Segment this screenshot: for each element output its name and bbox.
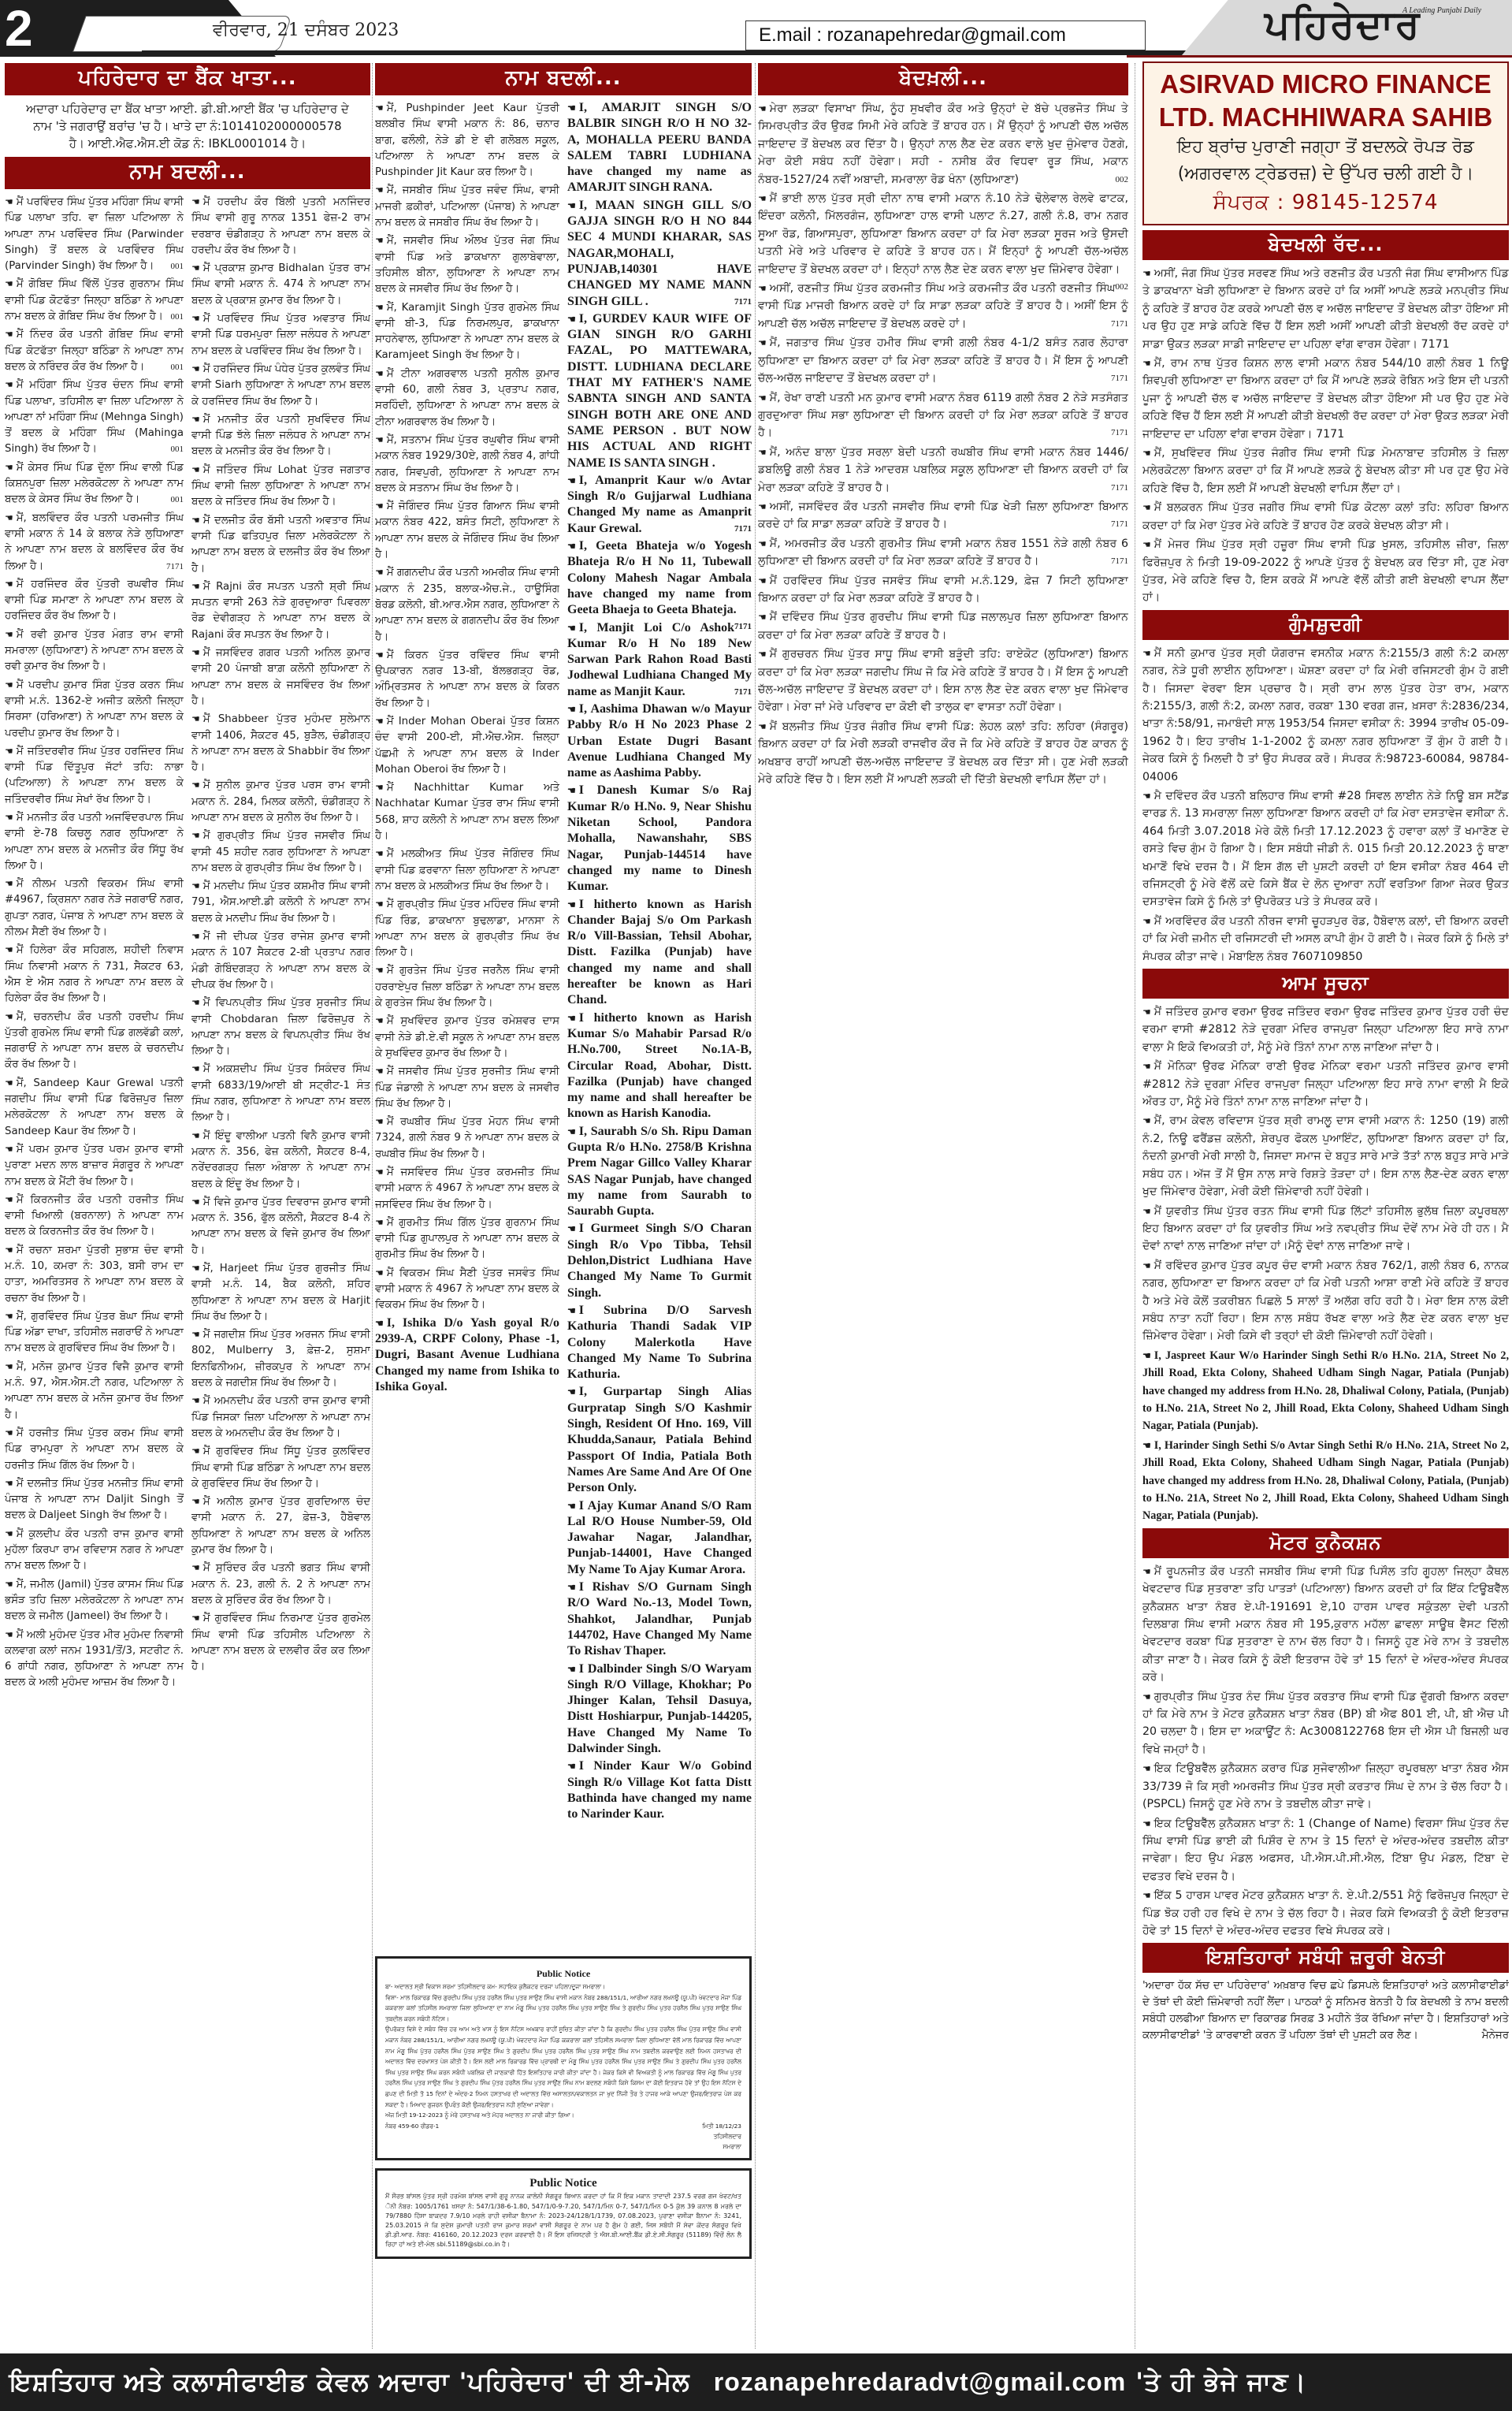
pointing-hand-icon: ☚: [5, 196, 13, 207]
notice-text: ਮੈਂ ਗੁਰਪ੍ਰੀਤ ਸਿੰਘ ਪੁੱਤਰ ਮਹਿੰਦਰ ਸਿੰਘ ਵਾਸੀ…: [375, 899, 559, 958]
pointing-hand-icon: ☚: [375, 1217, 384, 1228]
notice-text: ਮੈਂ ਮੇਜਰ ਸਿੰਘ ਪੁੱਤਰ ਸ੍ਰੀ ਹਜ਼ੂਰਾ ਸਿੰਘ ਵਾਸ…: [1142, 538, 1509, 604]
notice-text: ਅਸੀਂ, ਜਸਵਿੰਦਰ ਕੌਰ ਪਤਨੀ ਜਸਵੀਰ ਸਿੰਘ ਵਾਸੀ ਪ…: [758, 500, 1128, 530]
pointing-hand-icon: ☚: [191, 581, 200, 592]
pointing-hand-icon: ☚: [567, 623, 576, 634]
notice-item: ☚ਇਕ ਟਿਊਬਵੈੱਲ ਕੁਨੈਕਸ਼ਨ ਕਰਾਰ ਪਿੰਡ ਸੁਜੋਵਾਲੀ…: [1142, 1760, 1509, 1813]
pointing-hand-icon: ☚: [758, 393, 767, 404]
notice-text: ਮੈਂ ਵਿਪਨਪ੍ਰੀਤ ਸਿੰਘ ਪੁੱਤਰ ਸੁਰਜੀਤ ਸਿੰਘ ਵਾਸ…: [191, 997, 370, 1057]
notice-text: ਮੈਂ ਰੂਪਨਜੀਤ ਕੌਰ ਪਤਨੀ ਜਸਬੀਰ ਸਿੰਘ ਵਾਸੀ ਪਿੰ…: [1142, 1565, 1509, 1684]
notice-text: ਮੈਂ ਗੁਰਵਿੰਦਰ ਸਿੰਘ ਨਿਰਮਾਣ ਪੁੱਤਰ ਗੁਰਮੇਲ ਸਿ…: [191, 1613, 370, 1672]
pointing-hand-icon: ☚: [375, 782, 384, 793]
advertisement-asirvad[interactable]: ASIRVAD MICRO FINANCE LTD. MACHHIWARA SA…: [1142, 61, 1509, 225]
notice-item: ☚ਮੈਂ, ਗੁਰਵਿੰਦਰ ਸਿੰਘ ਪੁੱਤਰ ਬੋਘਾ ਸਿੰਘ ਵਾਸੀ…: [5, 1308, 184, 1357]
notice-item: ☚ਮੈਂ ਮੇਜਰ ਸਿੰਘ ਪੁੱਤਰ ਸ੍ਰੀ ਹਜ਼ੂਰਾ ਸਿੰਘ ਵਾ…: [1142, 536, 1509, 607]
notice-item: ☚ਮੈਂ ਮਲਕੀਅਤ ਸਿੰਘ ਪੁੱਤਰ ਜੋਗਿੰਦਰ ਸਿੰਘ ਵਾਸੀ…: [375, 846, 559, 895]
newspaper-logo[interactable]: ਪਹਿਰੇਦਾਰ: [1265, 2, 1421, 48]
notice-text: ਮੈਂ ਟੀਨਾ ਅਗਰਵਾਲ ਪਤਨੀ ਸੁਨੀਲ ਕੁਮਾਰ ਵਾਸੀ 60…: [375, 368, 559, 428]
notice-text: ਮੈਂ ਦਵਿੰਦਰ ਸਿੰਘ ਪੁੱਤਰ ਗੁਰਦੀਪ ਸਿੰਘ ਵਾਸੀ ਪ…: [758, 611, 1128, 641]
pointing-hand-icon: ☚: [5, 1011, 13, 1022]
notice-code: 7171: [734, 684, 752, 700]
notice-item: ☚ਮੈਂ ਬਲਜੀਤ ਸਿੰਘ ਪੁੱਤਰ ਜੰਗੀਰ ਸਿੰਘ ਵਾਸੀ ਪਿ…: [758, 718, 1128, 789]
notice-item: ☚ਮੈਂ ਹਰਜੀਤ ਸਿੰਘ ਪੁੱਤਰ ਕਰਮ ਸਿੰਘ ਵਾਸੀ ਪਿੰਡ…: [5, 1425, 184, 1474]
notice-item: ☚I Danesh Kumar S/o Raj Kumar R/o H.No. …: [567, 783, 752, 895]
public-notice-date: ਮਿਤੀ 18/12/23: [702, 2121, 741, 2132]
notice-item: ☚ਮੈਂ Rajni ਕੌਰ ਸਪਤਨ ਪਤਨੀ ਸ਼੍ਰੀ ਸਿੰਘ ਸਪਤਨ…: [191, 579, 370, 643]
notice-text: ਮੈਂ Nachhittar Kumar ਅਤੇ Nachhatar Kumar…: [375, 782, 559, 842]
notice-item: ☚ਮੈਂ ਸੁਰਿੰਦਰ ਕੌਰ ਪਤਨੀ ਭਗਤ ਸਿੰਘ ਵਾਸੀ ਮਕਾਨ…: [191, 1560, 370, 1609]
pointing-hand-icon: ☚: [191, 196, 200, 207]
notice-text: ਮੈਂ ਰਵਿੰਦਰ ਕੁਮਾਰ ਪੁੱਤਰ ਕਪੂਰ ਚੰਦ ਵਾਸੀ ਮਕਾ…: [1142, 1259, 1509, 1343]
notice-item: ☚ਅਸੀਂ, ਜਸਵਿੰਦਰ ਕੌਰ ਪਤਨੀ ਜਸਵੀਰ ਸਿੰਘ ਵਾਸੀ …: [758, 498, 1128, 534]
notice-code: 001: [171, 441, 184, 457]
pointing-hand-icon: ☚: [1142, 916, 1151, 927]
public-notice-body: ਮੈਂ ਸੌਰਭ ਬਾਂਸਲ ਪੁੱਤਰ ਸ੍ਰੀ ਹਰਮੇਸ਼ ਬਾਂਸਲ ਵ…: [385, 2192, 741, 2249]
pointing-hand-icon: ☚: [375, 1166, 384, 1178]
notice-text: I Dalbinder Singh S/O Waryam Singh R/O V…: [567, 1662, 752, 1755]
pointing-hand-icon: ☚: [375, 848, 384, 859]
pointing-hand-icon: ☚: [5, 1361, 13, 1372]
pointing-hand-icon: ☚: [5, 1144, 13, 1155]
pointing-hand-icon: ☚: [5, 746, 13, 757]
notice-item: ☚ਮੈਂ ਪਰਵਿੰਦਰ ਸਿੰਘ ਪੁੱਤਰ ਮਹਿੰਗਾ ਸਿੰਘ ਵਾਸੀ…: [5, 194, 184, 274]
notice-item: ☚I, GURDEV KAUR WIFE OF GIAN SINGH R/O G…: [567, 311, 752, 471]
notice-item: ☚I Rishav S/O Gurnam Singh R/O Ward No.-…: [567, 1579, 752, 1659]
pointing-hand-icon: ☚: [567, 1223, 576, 1234]
notice-text: ਮੈਂ Inder Mohan Oberai ਪੁੱਤਰ ਕਿਸ਼ਨ ਚੰਦ ਵ…: [375, 716, 559, 776]
notice-text: ਮੈਂ ਗੁਰਮੀਤ ਸਿੰਘ ਗਿੱਲ ਪੁੱਤਰ ਗੁਰਨਾਮ ਸਿੰਘ ਵ…: [375, 1217, 559, 1261]
notice-item: ☚ਮੈਂ ਸੁਨੀਲ ਕੁਮਾਰ ਪੁੱਤਰ ਪਰਸ ਰਾਮ ਵਾਸੀ ਮਕਾਨ…: [191, 777, 370, 826]
notice-text: ਮੈਂ ਜਸਵਿੰਦਰ ਸਿੰਘ ਪੁੱਤਰ ਕਰਮਜੀਤ ਸਿੰਘ ਵਾਸੀ …: [375, 1166, 559, 1211]
pointing-hand-icon: ☚: [1142, 791, 1151, 802]
pointing-hand-icon: ☚: [5, 1478, 13, 1489]
notice-item: ☚ਮੈਂ ਜਤਿੰਦਰ ਸਿੰਘ Lohat ਪੁੱਤਰ ਜਗਤਾਰ ਸਿੰਘ …: [191, 462, 370, 511]
column-name-change-2: ਨਾਮ ਬਦਲੀ... ☚ਮੈਂ, Pushpinder Jeet Kaur ਪ…: [375, 60, 752, 2352]
notice-code: 7171: [1111, 315, 1128, 333]
notice-item: ☚I, Amanprit Kaur w/o Avtar Singh R/o Gu…: [567, 473, 752, 537]
notice-text: ਮੈਂ ਅਨੀਲ ਕੁਮਾਰ ਪੁੱਤਰ ਗੁਰਦਿਆਲ ਚੰਦ ਵਾਸੀ ਮਕ…: [191, 1496, 370, 1556]
notice-text: ਮੈਂ ਹਿਲੇਰਾ ਕੌਰ ਸਹਿਗਲ, ਸ਼ਹੀਦੀ ਨਿਵਾਸ ਸਿੰਘ …: [5, 944, 184, 1004]
section-header-eviction-cancel: ਬੇਦਖਲੀ ਰੱਦ...: [1142, 230, 1509, 260]
notice-text: ਮੈਂ ਗੁਰਚਰਨ ਸਿੰਘ ਪੁੱਤਰ ਸਾਧੂ ਸਿੰਘ ਵਾਸੀ ਬੜੂ…: [758, 648, 1128, 713]
pointing-hand-icon: ☚: [191, 1063, 200, 1074]
pointing-hand-icon: ☚: [375, 1116, 384, 1127]
notice-item: ☚ਮੈਂ ਮੋਨਿਕਾ ਉਰਫ ਮੋਨਿਕਾ ਰਾਣੀ ਉਰਫ ਮੋਨਿਕਾ ਵ…: [1142, 1058, 1509, 1111]
pointing-hand-icon: ☚: [567, 785, 576, 796]
notice-item: ☚ਮੈਂ ਰਵਿੰਦਰ ਕੁਮਾਰ ਪੁੱਤਰ ਕਪੂਰ ਚੰਦ ਵਾਸੀ ਮਕ…: [1142, 1257, 1509, 1345]
notice-item: ☚ਇਕ ਟਿਊਬਵੈੱਲ ਕੁਨੈਕਸ਼ਨ ਖਾਤਾ ਨੰ: 1 (Change…: [1142, 1815, 1509, 1886]
notice-item: ☚I Dalbinder Singh S/O Waryam Singh R/O …: [567, 1661, 752, 1758]
notice-item: ☚ਮੈਂ, Harjeet ਸਿੰਘ ਪੁੱਤਰ ਗੁਰਜੀਤ ਸਿੰਘ ਵਾਸ…: [191, 1260, 370, 1325]
notice-item: ☚I Ninder Kaur W/o Gobind Singh R/o Vill…: [567, 1758, 752, 1822]
notice-item: ☚ਮੈਂ ਜਸਵਿੰਦਰ ਗਗਰ ਪਤਨੀ ਅਨਿਲ ਕੁਮਾਰ ਵਾਸੀ 20…: [191, 645, 370, 709]
notice-item: ☚ਮੈਂ, ਅਮਰਜੀਤ ਕੌਰ ਪਤਨੀ ਗੁਰਮੀਤ ਸਿੰਘ ਵਾਸੀ ਮ…: [758, 535, 1128, 571]
public-notice-title: Public Notice: [385, 2177, 741, 2190]
notice-text: ਮੈਂ ਨੀਲਮ ਪਤਨੀ ਵਿਕਰਮ ਸਿੰਘ ਵਾਸੀ #4967, ਕ੍ਰ…: [5, 878, 184, 938]
notice-item: ☚ਮੈਂ ਗੁਰਪ੍ਰੀਤ ਸਿੰਘ ਪੁੱਤਰ ਜਸਵੀਰ ਸਿੰਘ ਵਾਸੀ…: [191, 828, 370, 876]
notice-text: ਮੈਂ ਗੁਰਤੇਜ ਸਿੰਘ ਪੁੱਤਰ ਜਰਨੈਲ ਸਿੰਘ ਵਾਸੀ ਹਰ…: [375, 965, 559, 1009]
footer-banner: ਇਸ਼ਤਿਹਾਰ ਅਤੇ ਕਲਾਸੀਫਾਈਡ ਕੇਵਲ ਅਦਾਰਾ 'ਪਹਿਰੇ…: [0, 2353, 1512, 2411]
notice-text: ਮੈਂ ਪਰਮ ਕੁਮਾਰ ਪੁੱਤਰ ਪਰਮ ਕੁਮਾਰ ਵਾਸੀ ਪੁਰਾਣ…: [5, 1144, 184, 1188]
notice-text: ਮੈਂ ਸੁਖਵਿੰਦਰ ਕੁਮਾਰ ਪੁੱਤਰ ਰਮੇਸ਼ਵਰ ਦਾਸ ਵਾਸ…: [375, 1015, 559, 1059]
notice-item: ☚ਮੈਂ ਜੋਗਿੰਦਰ ਸਿੰਘ ਪੁੱਤਰ ਗਿਆਨ ਸਿੰਘ ਵਾਸੀ ਮ…: [375, 498, 559, 563]
notice-item: ☚I, Gurpartap Singh Alias Gurpratap Sing…: [567, 1384, 752, 1496]
pointing-hand-icon: ☚: [375, 649, 384, 660]
notice-item: ☚ਗੁਰਪ੍ਰੀਤ ਸਿੰਘ ਪੁੱਤਰ ਨੰਦ ਸਿੰਘ ਪੁੱਤਰ ਕਰਤਾ…: [1142, 1688, 1509, 1759]
notice-text: ਮੈਂ, ਰੇਖਾ ਰਾਣੀ ਪਤਨੀ ਮਨ ਕੁਮਾਰ ਵਾਸੀ ਮਕਾਨ ਨ…: [758, 392, 1128, 440]
notice-item: ☚ਮੈਂ ਦਲਜੀਤ ਸਿੰਘ ਪੁੱਤਰ ਮਨਜੀਤ ਸਿੰਘ ਵਾਸੀ ਪੰ…: [5, 1475, 184, 1524]
name-change-list-a: ☚ਮੈਂ ਪਰਵਿੰਦਰ ਸਿੰਘ ਪੁੱਤਰ ਮਹਿੰਗਾ ਸਿੰਘ ਵਾਸੀ…: [5, 194, 184, 1693]
pointing-hand-icon: ☚: [1142, 448, 1151, 459]
bank-account-info: ਅਦਾਰਾ ਪਹਿਰੇਦਾਰ ਦਾ ਬੈਂਕ ਖਾਤਾ ਆਈ. ਡੀ.ਬੀ.ਆਈ…: [5, 100, 370, 152]
notice-code: 001: [171, 359, 184, 375]
ad-phone[interactable]: ਸੰਪਰਕ : 98145-12574: [1149, 188, 1503, 218]
notice-text: ਮੈਂ ਜਸਵਿੰਦਰ ਗਗਰ ਪਤਨੀ ਅਨਿਲ ਕੁਮਾਰ ਵਾਸੀ 20 …: [191, 647, 370, 707]
notice-item: ☚ਮੈਂ ਹਰਵਿੰਦਰ ਸਿੰਘ ਪੁੱਤਰ ਜਸਵੰਤ ਸਿੰਘ ਵਾਸੀ …: [758, 572, 1128, 608]
pointing-hand-icon: ☚: [5, 579, 13, 590]
notice-item: ☚ਮੈਂ ਪ੍ਰਕਾਸ਼ ਕੁਮਾਰ Bidhalan ਪੁੱਤਰ ਰਾਮ ਸਿ…: [191, 260, 370, 309]
eviction-list: ☚ਮੇਰਾ ਲੜਕਾ ਵਿਸਾਖਾ ਸਿੰਘ, ਨੂੰਹ ਸੁਖਵੀਰ ਕੌਰ …: [758, 100, 1128, 788]
missing-list: ☚ਮੈਂ ਸਨੀ ਕੁਮਾਰ ਪੁੱਤਰ ਸ੍ਰੀ ਯੋਗਰਾਜ ਵਸਨੀਕ ਮ…: [1142, 645, 1509, 966]
pointing-hand-icon: ☚: [5, 462, 13, 473]
notice-text: ਮੈਂ, Karamjit Singh ਪੁੱਤਰ ਗੁਰਮੇਲ ਸਿੰਘ ਵਾ…: [375, 302, 559, 362]
pointing-hand-icon: ☚: [1142, 1566, 1151, 1577]
notice-text: I, GURDEV KAUR WIFE OF GIAN SINGH R/O GA…: [567, 312, 752, 470]
notice-text: ਮੈਂ ਕਿਰਨ ਪੁੱਤਰ ਰਵਿੰਦਰ ਸਿੰਘ ਵਾਸੀ ਉਪਕਾਰਨ ਨ…: [375, 649, 559, 709]
pointing-hand-icon: ☚: [567, 200, 576, 211]
pointing-hand-icon: ☚: [758, 649, 767, 660]
pointing-hand-icon: ☚: [5, 944, 13, 955]
motor-connection-list: ☚ਮੈਂ ਰੂਪਨਜੀਤ ਕੌਰ ਪਤਨੀ ਜਸਬੀਰ ਸਿੰਘ ਵਾਸੀ ਪਿ…: [1142, 1563, 1509, 1940]
notice-item: ☚ਮੈਂ ਗਗਨਦੀਪ ਕੌਰ ਪਤਨੀ ਅਮਰੀਕ ਸਿੰਘ ਵਾਸੀ ਮਕਾ…: [375, 564, 559, 645]
pointing-hand-icon: ☚: [567, 102, 576, 113]
pointing-hand-icon: ☚: [375, 965, 384, 976]
pointing-hand-icon: ☚: [375, 1267, 384, 1278]
notice-text: ਮੈਂ ਗੋਬਿਦ ਸਿੰਘ ਵਿੱਲੋਂ ਪੁੱਤਰ ਗੁਰਨਾਮ ਸਿੰਘ …: [5, 278, 184, 322]
pointing-hand-icon: ☚: [191, 1196, 200, 1207]
notice-item: ☚ਮੈਂ ਹਰਦੀਪ ਕੌਰ ਬਿੱਲੀ ਪੁਤਨੀ ਮਨਜਿੰਦਰ ਸਿੰਘ …: [191, 194, 370, 259]
notice-item: ☚I, Jaspreet Kaur W/o Harinder Singh Set…: [1142, 1347, 1509, 1435]
notice-item: ☚ਮੈਂ ਪਰਵਿੰਦਰ ਸਿੰਘ ਪੁੱਤਰ ਅਵਤਾਰ ਸਿੰਘ ਵਾਸੀ …: [191, 311, 370, 359]
pointing-hand-icon: ☚: [1142, 502, 1151, 513]
notice-text: ਮੈਂ ਦਲਜੀਤ ਕੌਰ ਬੱਸੀ ਪਤਨੀ ਅਵਤਾਰ ਸਿੰਘ ਵਾਸੀ …: [191, 515, 370, 575]
notice-text: ਮੈਂ ਜਤਿੰਦਰ ਕੁਮਾਰ ਵਰਮਾ ਉਰਫ ਜਤਿੰਦਰ ਵਰਮਾ ਉਰ…: [1142, 1006, 1509, 1054]
notice-text: ਮੈਂ ਪਰਦੀਪ ਕੁਮਾਰ ਸਿੰਗ ਪੁੱਤਰ ਕਰਨ ਸਿੰਘ ਵਾਸੀ…: [5, 679, 184, 739]
notice-text: I Subrina D/O Sarvesh Kathuria Thandi Sa…: [567, 1304, 752, 1381]
notice-code: 001: [171, 309, 184, 325]
notice-text: ਮੈਂ ਅਲੀ ਮੁਹੰਮਦ ਪੁੱਤਰ ਮੀਰ ਮੁਹੰਮਦ ਨਿਵਾਸੀ ਕ…: [5, 1629, 184, 1689]
pointing-hand-icon: ☚: [758, 447, 767, 458]
notice-text: I hitherto known as Harish Kumar S/o Mah…: [567, 1011, 752, 1121]
notice-item: ☚I hitherto known as Harish Chander Baja…: [567, 897, 752, 1009]
pointing-hand-icon: ☚: [758, 103, 767, 114]
pointing-hand-icon: ☚: [375, 235, 384, 246]
pointing-hand-icon: ☚: [5, 878, 13, 889]
pointing-hand-icon: ☚: [191, 515, 200, 526]
notice-item: ☚ਮੈਂ Nachhittar Kumar ਅਤੇ Nachhatar Kuma…: [375, 779, 559, 844]
pointing-hand-icon: ☚: [191, 880, 200, 891]
notice-text: I, Harinder Singh Sethi S/o Avtar Singh …: [1142, 1439, 1509, 1523]
pointing-hand-icon: ☚: [1142, 1890, 1151, 1901]
pointing-hand-icon: ☚: [5, 1194, 13, 1205]
notice-item: ☚ਮੈਂ ਗੁਰਤੇਜ ਸਿੰਘ ਪੁੱਤਰ ਜਰਨੈਲ ਸਿੰਘ ਵਾਸੀ ਹ…: [375, 962, 559, 1011]
notice-text: ਮੈਂ ਦਲਜੀਤ ਸਿੰਘ ਪੁੱਤਰ ਮਨਜੀਤ ਸਿੰਘ ਵਾਸੀ ਪੰਜ…: [5, 1478, 184, 1522]
pointing-hand-icon: ☚: [375, 368, 384, 379]
notice-text: I Rishav S/O Gurnam Singh R/O Ward No.-1…: [567, 1580, 752, 1658]
notice-text: ਮੈਂ ਜਸਵੀਰ ਸਿੰਘ ਪੁੱਤਰ ਸੁਰਜੀਤ ਸਿੰਘ ਵਾਸੀ ਪਿ…: [375, 1066, 559, 1110]
pointing-hand-icon: ☚: [1142, 1350, 1151, 1361]
pointing-hand-icon: ☚: [5, 812, 13, 823]
notice-item: ☚ਮੈਂ ਗੋਬਿਦ ਸਿੰਘ ਵਿੱਲੋਂ ਪੁੱਤਰ ਗੁਰਨਾਮ ਸਿੰਘ…: [5, 276, 184, 325]
notice-item: ☚ਮੈਂ ਹਰਜਿੰਦਰ ਕੌਰ ਪੁੱਤਰੀ ਰਘਵੀਰ ਸਿੰਘ ਵਾਸੀ …: [5, 576, 184, 625]
notice-code: 7171: [1111, 479, 1128, 497]
public-notice-court: ਬਾ- ਅਦਾਲਤ ਸ੍ਰੀ ਵਿਕਾਸ ਸ਼ਰਮਾ ਤਹਿਸੀਲਦਾਰ ਕਮ-…: [385, 1981, 741, 1992]
notice-text: ਮੈਂ, ਰਾਮ ਕੇਵਲ ਰਵਿਦਾਸ ਪੁੱਤਰ ਸ਼੍ਰੀ ਰਾਮਲੂ ਦ…: [1142, 1114, 1509, 1198]
notice-item: ☚ਮੈਂ ਕੇਸਰ ਸਿੰਘ ਪਿੰਡ ਦੁੱਲਾ ਸਿੰਘ ਵਾਲੀ ਪਿੰਡ…: [5, 460, 184, 508]
notice-item: ☚I, Harinder Singh Sethi S/o Avtar Singh…: [1142, 1437, 1509, 1525]
pointing-hand-icon: ☚: [191, 997, 200, 1008]
notice-text: ਮੈਂ ਕੇਸਰ ਸਿੰਘ ਪਿੰਡ ਦੁੱਲਾ ਸਿੰਘ ਵਾਲੀ ਪਿੰਡ …: [5, 462, 184, 506]
notice-item: ☚ਮੈਂ ਅਲੀ ਮੁਹੰਮਦ ਪੁੱਤਰ ਮੀਰ ਮੁਹੰਮਦ ਨਿਵਾਸੀ …: [5, 1627, 184, 1691]
notice-item: ☚I hitherto known as Harish Kumar S/o Ma…: [567, 1010, 752, 1122]
notice-code: 7171: [734, 521, 752, 537]
notice-item: ☚ਮੈਂ ਅਕਸ਼ਦੀਪ ਸਿੰਘ ਪੁੱਤਰ ਸਿਕੰਦਰ ਸਿੰਘ ਵਾਸੀ…: [191, 1061, 370, 1126]
pointing-hand-icon: ☚: [375, 1066, 384, 1077]
pointing-hand-icon: ☚: [1142, 1006, 1151, 1018]
notice-text: ਮੈਂ ਅਕਸ਼ਦੀਪ ਸਿੰਘ ਪੁੱਤਰ ਸਿਕੰਦਰ ਸਿੰਘ ਵਾਸੀ …: [191, 1063, 370, 1123]
pointing-hand-icon: ☚: [191, 1263, 200, 1274]
notice-item: ☚ਮੈਂ, Karamjit Singh ਪੁੱਤਰ ਗੁਰਮੇਲ ਸਿੰਘ ਵ…: [375, 300, 559, 364]
notice-item: ☚ਮੇਰਾ ਲੜਕਾ ਵਿਸਾਖਾ ਸਿੰਘ, ਨੂੰਹ ਸੁਖਵੀਰ ਕੌਰ …: [758, 100, 1128, 188]
pointing-hand-icon: ☚: [191, 1395, 200, 1406]
pointing-hand-icon: ☚: [5, 1427, 13, 1438]
notice-item: ☚ਮੈਂ ਮਨਦੀਪ ਸਿੰਘ ਪੁੱਤਰ ਕਸ਼ਮੀਰ ਸਿੰਘ ਵਾਸੀ 7…: [191, 878, 370, 927]
pointing-hand-icon: ☚: [375, 434, 384, 445]
notice-item: ☚ਮੈਂ ਜੀ ਦੀਪਕ ਪੁੱਤਰ ਰਾਜੇਸ਼ ਕੁਮਾਰ ਵਾਸੀ ਮਕਾ…: [191, 928, 370, 993]
pointing-hand-icon: ☚: [5, 1528, 13, 1539]
pointing-hand-icon: ☚: [1142, 268, 1151, 279]
notice-item: ☚I, Aashima Dhawan w/o Mayur Pabby R/o H…: [567, 701, 752, 781]
notice-text: ਮੈਂ ਸਨੀ ਕੁਮਾਰ ਪੁੱਤਰ ਸ੍ਰੀ ਯੋਗਰਾਜ ਵਸਨੀਕ ਮਕ…: [1142, 647, 1509, 783]
pointing-hand-icon: ☚: [567, 1761, 576, 1772]
notice-text: ਮੈਂ ਬਲਜੀਤ ਸਿੰਘ ਪੁੱਤਰ ਜੰਗੀਰ ਸਿੰਘ ਵਾਸੀ ਪਿੰ…: [758, 720, 1128, 786]
pointing-hand-icon: ☚: [5, 329, 13, 340]
notice-code: 002: [1116, 278, 1129, 296]
notice-item: ☚ਮੈਂ, ਰਾਮ ਕੇਵਲ ਰਵਿਦਾਸ ਪੁੱਤਰ ਸ਼੍ਰੀ ਰਾਮਲੂ …: [1142, 1112, 1509, 1200]
notice-text: ਮੈਂ ਹਰਜਿੰਦਰ ਸਿੰਘ ਪੰਧੇਰ ਪੁੱਤਰ ਕੁਲਵੰਤ ਸਿੰਘ…: [191, 363, 370, 407]
notice-item: ☚ਮੈਂ ਦਵਿੰਦਰ ਸਿੰਘ ਪੁੱਤਰ ਗੁਰਦੀਪ ਸਿੰਘ ਵਾਸੀ …: [758, 608, 1128, 644]
pointing-hand-icon: ☚: [1142, 358, 1151, 369]
notice-text: ਮੈਂ, ਜਗਤਾਰ ਸਿੰਘ ਪੁੱਤਰ ਹਮੀਰ ਸਿੰਘ ਵਾਸੀ ਗਲੀ…: [758, 337, 1128, 385]
notice-text: ਮੈਂ ਗਗਨਦੀਪ ਕੌਰ ਪਤਨੀ ਅਮਰੀਕ ਸਿੰਘ ਵਾਸੀ ਮਕਾਨ…: [375, 567, 559, 642]
pointing-hand-icon: ☚: [375, 500, 384, 512]
pointing-hand-icon: ☚: [1142, 1206, 1151, 1217]
public-notice-subject: ਵਿਸ਼ਾ- ਮਾਲ ਰਿਕਾਰਡ ਵਿੱਚ ਗੁਰਦੀਪ ਸਿੰਘ ਪੁਤਰ …: [385, 1992, 741, 2025]
notice-text: I, Saurabh S/o Sh. Ripu Daman Gupta R/o …: [567, 1125, 752, 1218]
pointing-hand-icon: ☚: [567, 704, 576, 715]
notice-text: ਮੈਂ ਮਨਜੀਤ ਕੌਰ ਪਤਨੀ ਅਜਵਿੰਦਰਪਾਲ ਸਿੰਘ ਵਾਸੀ …: [5, 812, 184, 872]
notice-text: ਮੈਂ, ਚਰਨਦੀਪ ਕੌਰ ਪਤਨੀ ਹਰਦੀਪ ਸਿੰਘ ਪੁੱਤਰੀ ਗ…: [5, 1011, 184, 1071]
column-bank-and-name-change: ਪਹਿਰੇਦਾਰ ਦਾ ਬੈਂਕ ਖਾਤਾ... ਅਦਾਰਾ ਪਹਿਰੇਦਾਰ …: [5, 60, 370, 2352]
pointing-hand-icon: ☚: [567, 1664, 576, 1675]
notice-text: I, MAAN SINGH GILL S/O GAJJA SINGH R/O H…: [567, 199, 752, 308]
notice-text: I, Amanprit Kaur w/o Avtar Singh R/o Guj…: [567, 474, 752, 535]
general-info-list: ☚ਮੈਂ ਜਤਿੰਦਰ ਕੁਮਾਰ ਵਰਮਾ ਉਰਫ ਜਤਿੰਦਰ ਵਰਮਾ ਉ…: [1142, 1003, 1509, 1525]
pointing-hand-icon: ☚: [1142, 1115, 1151, 1126]
notice-text: ਮੈਂ ਜਤਿੰਦਰਵੀਰ ਸਿੰਘ ਪੁੱਤਰ ਹਰਜਿੰਦਰ ਸਿੰਘ ਵਾ…: [5, 746, 184, 806]
notice-text: ਮੈਂ ਮਨਜੀਤ ਕੌਰ ਪਤਨੀ ਸੁਖਵਿੰਦਰ ਸਿੰਘ ਵਾਸੀ ਪਿ…: [191, 414, 370, 458]
notice-item: ☚ਮੈਂ ਰੂਪਨਜੀਤ ਕੌਰ ਪਤਨੀ ਜਸਬੀਰ ਸਿੰਘ ਵਾਸੀ ਪਿ…: [1142, 1563, 1509, 1687]
notice-item: ☚ਮੈ ਦਵਿੰਦਰ ਕੌਰ ਪਤਨੀ ਬਲਿਹਾਰ ਸਿੰਘ ਵਾਸੀ #28…: [1142, 787, 1509, 911]
notice-text: ਮੈਂ ਵਿਕਰਮ ਸਿੰਘ ਸੈਣੀ ਪੁੱਤਰ ਜਸਵੰਤ ਸਿੰਘ ਵਾਸ…: [375, 1267, 559, 1312]
eviction-cancel-list: ☚ਅਸੀਂ, ਜੰਗ ਸਿੰਘ ਪੁੱਤਰ ਸਰਵਣ ਸਿੰਘ ਅਤੇ ਰਣਜੀ…: [1142, 265, 1509, 607]
pointing-hand-icon: ☚: [5, 1245, 13, 1256]
notice-text: ਮੈਂ, ਮਨੋਜ ਕੁਮਾਰ ਪੁੱਤਰ ਵਿਜੈ ਕੁਮਾਰ ਵਾਸੀ ਮ.…: [5, 1361, 184, 1421]
pointing-hand-icon: ☚: [5, 512, 13, 523]
section-header-name-change: ਨਾਮ ਬਦਲੀ...: [5, 157, 370, 189]
logo-tagline: A Leading Punjabi Daily: [1402, 6, 1481, 15]
notice-text: ਮੈਂ ਕੁਲਦੀਪ ਕੌਰ ਪਤਨੀ ਰਾਜ ਕੁਮਾਰ ਵਾਸੀ ਮੁਹੱਲ…: [5, 1528, 184, 1572]
notice-text: ਮੈਂ ਜੀ ਦੀਪਕ ਪੁੱਤਰ ਰਾਜੇਸ਼ ਕੁਮਾਰ ਵਾਸੀ ਮਕਾਨ…: [191, 931, 370, 991]
name-change-punjabi-list: ☚ਮੈਂ, Pushpinder Jeet Kaur ਪੁੱਤਰੀ ਬਲਬੀਰ …: [375, 100, 559, 1948]
pointing-hand-icon: ☚: [191, 414, 200, 425]
column-eviction: ਬੇਦਖ਼ਲੀ... ☚ਮੇਰਾ ਲੜਕਾ ਵਿਸਾਖਾ ਸਿੰਘ, ਨੂੰਹ …: [758, 60, 1128, 2352]
notice-item: ☚ਮੈਂ, ਮਨੋਜ ਕੁਮਾਰ ਪੁੱਤਰ ਵਿਜੈ ਕੁਮਾਰ ਵਾਸੀ ਮ…: [5, 1359, 184, 1423]
notice-item: ☚ਮੈਂ ਮਨਜੀਤ ਕੌਰ ਪਤਨੀ ਸੁਖਵਿੰਦਰ ਸਿੰਘ ਵਾਸੀ ਪ…: [191, 411, 370, 460]
pointing-hand-icon: ☚: [191, 713, 200, 724]
notice-item: ☚ਮੈਂ ਗੁਰਵਿੰਦਰ ਸਿੰਘ ਨਿਰਮਾਣ ਪੁੱਤਰ ਗੁਰਮੇਲ ਸ…: [191, 1610, 370, 1675]
notice-item: ☚ਮੈਂ ਪਰਮ ਕੁਮਾਰ ਪੁੱਤਰ ਪਰਮ ਕੁਮਾਰ ਵਾਸੀ ਪੁਰਾ…: [5, 1141, 184, 1190]
section-header-missing: ਗੁੰਮਸ਼ੁਦਗੀ: [1142, 610, 1509, 640]
pointing-hand-icon: ☚: [1142, 1260, 1151, 1271]
notice-item: ☚ਮੈਂ ਇੰਦੂ ਵਾਲੀਆ ਪਤਨੀ ਵਿਨੈ ਕੁਮਾਰ ਵਾਸੀ ਮਕਾ…: [191, 1128, 370, 1192]
notice-item: ☚ਮੈਂ ਸਨੀ ਕੁਮਾਰ ਪੁੱਤਰ ਸ੍ਰੀ ਯੋਗਰਾਜ ਵਸਨੀਕ ਮ…: [1142, 645, 1509, 786]
pointing-hand-icon: ☚: [758, 283, 767, 294]
notice-text: ਮੈਂ ਭਾਈ ਲਾਲ ਪੁੱਤਰ ਸ੍ਰੀ ਦੀਨਾ ਨਾਥ ਵਾਸੀ ਮਕਾ…: [758, 192, 1128, 276]
column-notices: ASIRVAD MICRO FINANCE LTD. MACHHIWARA SA…: [1142, 60, 1509, 2352]
pointing-hand-icon: ☚: [5, 679, 13, 690]
notice-text: ਮੈਂ ਹਰਜੀਤ ਸਿੰਘ ਪੁੱਤਰ ਕਰਮ ਸਿੰਘ ਵਾਸੀ ਪਿੰਡ …: [5, 1427, 184, 1472]
notice-text: ਗੁਰਪ੍ਰੀਤ ਸਿੰਘ ਪੁੱਤਰ ਨੰਦ ਸਿੰਘ ਪੁੱਤਰ ਕਰਤਾਰ…: [1142, 1691, 1509, 1756]
notice-item: ☚ਮੈਂ ਬਲਕਰਨ ਸਿੰਘ ਪੁੱਤਰ ਜਗੀਰ ਸਿੰਘ ਵਾਸੀ ਪਿੰ…: [1142, 499, 1509, 534]
notice-item: ☚ਮੈਂ ਜਸਵੀਰ ਸਿੰਘ ਪੁੱਤਰ ਸੁਰਜੀਤ ਸਿੰਘ ਵਾਸੀ ਪ…: [375, 1063, 559, 1112]
notice-text: ਮੈਂ ਮਹਿੰਗਾ ਸਿੰਘ ਪੁੱਤਰ ਚੰਦਨ ਸਿੰਘ ਵਾਸੀ ਪਿੰ…: [5, 379, 184, 455]
section-header-disclaimer: ਇਸ਼ਤਿਹਾਰਾਂ ਸਬੰਧੀ ਜ਼ਰੂਰੀ ਬੇਨਤੀ: [1142, 1943, 1509, 1973]
notice-text: ਮੈਂ ਅਮਨਦੀਪ ਕੌਰ ਪਤਨੀ ਰਾਜ ਕੁਮਾਰ ਵਾਸੀ ਪਿੰਡ …: [191, 1395, 370, 1439]
notice-item: ☚ਇੱਕ 5 ਹਾਰਸ ਪਾਵਰ ਮੋਟਰ ਕੁਨੈਕਸ਼ਨ ਖਾਤਾ ਨੰ. …: [1142, 1887, 1509, 1940]
notice-item: ☚ਮੈਂ ਰਘਬੀਰ ਸਿੰਘ ਪੁੱਤਰ ਮੋਹਨ ਸਿੰਘ ਵਾਸੀ 732…: [375, 1114, 559, 1163]
pointing-hand-icon: ☚: [5, 1629, 13, 1640]
notice-text: ਮੈਂ ਰਚਨਾ ਸ਼ਰਮਾ ਪੁੱਤਰੀ ਸੁਭਾਸ਼ ਚੰਦ ਵਾਸੀ ਮ.…: [5, 1245, 184, 1304]
notice-text: I Ajay Kumar Anand S/O Ram Lal R/O House…: [567, 1499, 752, 1576]
notice-item: ☚ਮੈਂ ਨਿੰਦਰ ਕੌਰ ਪਤਨੀ ਗੋਬਿਦ ਸਿੰਘ ਵਾਸੀ ਪਿੰਡ…: [5, 326, 184, 375]
notice-text: ਮੈਂ ਪ੍ਰਕਾਸ਼ ਕੁਮਾਰ Bidhalan ਪੁੱਤਰ ਰਾਮ ਸਿੰ…: [191, 262, 370, 307]
notice-text: I, Geeta Bhateja w/o Yogesh Bhateja R/o …: [567, 539, 752, 616]
public-notice-lost-deed: Public Notice ਮੈਂ ਸੌਰਭ ਬਾਂਸਲ ਪੁੱਤਰ ਸ੍ਰੀ …: [375, 2168, 752, 2258]
pointing-hand-icon: ☚: [5, 1579, 13, 1590]
pointing-hand-icon: ☚: [191, 262, 200, 273]
notice-item: ☚ਮੈਂ ਸੁਖਵਿੰਦਰ ਕੁਮਾਰ ਪੁੱਤਰ ਰਮੇਸ਼ਵਰ ਦਾਸ ਵਾ…: [375, 1013, 559, 1062]
notice-text: I Gurmeet Singh S/O Charan Singh R/o Vpo…: [567, 1222, 752, 1299]
notice-text: ਇਕ ਟਿਊਬਵੈੱਲ ਕੁਨੈਕਸ਼ਨ ਕਰਾਰ ਪਿੰਡ ਸੁਜੋਵਾਲੀਆ…: [1142, 1762, 1509, 1810]
ad-body-line: ਇਹ ਬ੍ਰਾਂਚ ਪੁਰਾਣੀ ਜਗ੍ਹਾ ਤੋਂ ਬਦਲਕੇ ਰੋਪੜ ਰੋ…: [1149, 134, 1503, 161]
notice-text: ਮੈਂ ਇੰਦੂ ਵਾਲੀਆ ਪਤਨੀ ਵਿਨੈ ਕੁਮਾਰ ਵਾਸੀ ਮਕਾਨ…: [191, 1130, 370, 1190]
pointing-hand-icon: ☚: [567, 314, 576, 325]
pointing-hand-icon: ☚: [5, 629, 13, 640]
notice-item: ☚ਮੈਂ, ਸਤਨਾਮ ਸਿੰਘ ਪੁੱਤਰ ਰਘੁਵੀਰ ਸਿੰਘ ਵਾਸੀ …: [375, 432, 559, 497]
notice-text: I, Aashima Dhawan w/o Mayur Pabby R/o H …: [567, 702, 752, 779]
notice-text: ਇਕ ਟਿਊਬਵੈੱਲ ਕੁਨੈਕਸ਼ਨ ਖਾਤਾ ਨੰ: 1 (Change …: [1142, 1818, 1509, 1883]
pointing-hand-icon: ☚: [191, 779, 200, 791]
notice-text: ਮੈਂ ਗੁਰਵਿੰਦਰ ਸਿੰਘ ਸਿੱਧੂ ਪੁੱਤਰ ਕੁਲਵਿੰਦਰ ਸ…: [191, 1445, 370, 1490]
notice-item: ☚I, Saurabh S/o Sh. Ripu Daman Gupta R/o…: [567, 1124, 752, 1220]
notice-text: ਮੈਂ, ਸਤਨਾਮ ਸਿੰਘ ਪੁੱਤਰ ਰਘੁਵੀਰ ਸਿੰਘ ਵਾਸੀ ਮ…: [375, 434, 559, 494]
section-header-eviction: ਬੇਦਖ਼ਲੀ...: [758, 63, 1128, 95]
pointing-hand-icon: ☚: [5, 1311, 13, 1322]
pointing-hand-icon: ☚: [375, 899, 384, 910]
notice-text: ਮੈਂ, Pushpinder Jeet Kaur ਪੁੱਤਰੀ ਬਲਬੀਰ ਸ…: [375, 102, 559, 178]
notice-item: ☚ਮੈਂ ਭਾਈ ਲਾਲ ਪੁੱਤਰ ਸ੍ਰੀ ਦੀਨਾ ਨਾਥ ਵਾਸੀ ਮਕ…: [758, 190, 1128, 278]
pointing-hand-icon: ☚: [1142, 1691, 1151, 1702]
notice-item: ☚ਮੈਂ, Pushpinder Jeet Kaur ਪੁੱਤਰੀ ਬਲਬੀਰ …: [375, 100, 559, 180]
notice-text: ਮੈਂ ਗੁਰਪ੍ਰੀਤ ਸਿੰਘ ਪੁੱਤਰ ਜਸਵੀਰ ਸਿੰਘ ਵਾਸੀ …: [191, 830, 370, 874]
notice-code: 7171: [734, 294, 752, 310]
notice-text: ਮੈਂ ਯੁਵਰੀਤ ਸਿੰਘ ਪੁੱਤਰ ਰਤਨ ਸਿੰਘ ਵਾਸੀ ਪਿੰਡ…: [1142, 1205, 1509, 1253]
notice-item: ☚ਮੈਂ ਕਿਰਨਜੀਤ ਕੌਰ ਪਤਨੀ ਹਰਜੀਤ ਸਿੰਘ ਵਾਸੀ ਖਿ…: [5, 1192, 184, 1241]
pointing-hand-icon: ☚: [1142, 648, 1151, 659]
notice-text: ਮੈਂ ਜਗਦੀਸ਼ ਸਿੰਘ ਪੁੱਤਰ ਅਰਜਨ ਸਿੰਘ ਵਾਸੀ 802…: [191, 1329, 370, 1389]
notice-text: ਮੈਂ, ਜਮੀਲ (Jamil) ਪੁੱਤਰ ਕਾਸਮ ਸਿੰਘ ਪਿੰਡ ਭ…: [5, 1579, 184, 1623]
column-divider: [1135, 63, 1135, 2349]
notice-code: 002: [1116, 171, 1129, 188]
notice-text: ਮੈਂ ਰਵੀ ਕੁਮਾਰ ਪੁੱਤਰ ਮੰਗਤ ਰਾਮ ਵਾਸੀ ਸਮਰਾਲਾ…: [5, 629, 184, 673]
pointing-hand-icon: ☚: [191, 1562, 200, 1573]
notice-item: ☚ਮੈਂ ਦਲਜੀਤ ਕੌਰ ਬੱਸੀ ਪਤਨੀ ਅਵਤਾਰ ਸਿੰਘ ਵਾਸੀ…: [191, 512, 370, 577]
notice-item: ☚ਮੈਂ ਰਚਨਾ ਸ਼ਰਮਾ ਪੁੱਤਰੀ ਸੁਭਾਸ਼ ਚੰਦ ਵਾਸੀ ਮ…: [5, 1242, 184, 1307]
section-header-bank: ਪਹਿਰੇਦਾਰ ਦਾ ਬੈਂਕ ਖਾਤਾ...: [5, 63, 370, 95]
notice-text: ਮੈਂ ਜਤਿੰਦਰ ਸਿੰਘ Lohat ਪੁੱਤਰ ਜਗਤਾਰ ਸਿੰਘ ਵ…: [191, 464, 370, 508]
notice-text: ਮੈਂ ਵਿਜੇ ਕੁਮਾਰ ਪੁੱਤਰ ਦਿਵਰਾਜ ਕੁਮਾਰ ਵਾਸੀ ਮ…: [191, 1196, 370, 1256]
notice-item: ☚ਮੈਂ ਯੁਵਰੀਤ ਸਿੰਘ ਪੁੱਤਰ ਰਤਨ ਸਿੰਘ ਵਾਸੀ ਪਿੰ…: [1142, 1203, 1509, 1256]
notice-item: ☚ਮੈਂ ਰਵੀ ਕੁਮਾਰ ਪੁੱਤਰ ਮੰਗਤ ਰਾਮ ਵਾਸੀ ਸਮਰਾਲ…: [5, 627, 184, 675]
notice-text: ਮੈਂ, ਸੁਖਵਿੰਦਰ ਸਿੰਘ ਪੁੱਤਰ ਜੰਗੀਰ ਸਿੰਘ ਵਾਸੀ…: [1142, 447, 1509, 495]
pointing-hand-icon: ☚: [1142, 539, 1151, 550]
ad-title-line: LTD. MACHHIWARA SAHIB: [1149, 101, 1503, 134]
public-notice-ref: ਨੰਬਰ 459-60 ਰੀਡਰ-1: [385, 2121, 439, 2132]
footer-email[interactable]: rozanapehredaradvt@gmail.com: [714, 2368, 1126, 2396]
notice-text: ਮੈਂ, ਬਲਵਿੰਦਰ ਕੌਰ ਪਤਨੀ ਪਰਮਜੀਤ ਸਿੰਘ ਵਾਸੀ ਮ…: [5, 512, 184, 572]
pointing-hand-icon: ☚: [191, 1130, 200, 1141]
notice-code: 7171: [1111, 515, 1128, 533]
column-divider: [755, 63, 756, 2349]
notice-item: ☚ਮੈਂ ਕਿਰਨ ਪੁੱਤਰ ਰਵਿੰਦਰ ਸਿੰਘ ਵਾਸੀ ਉਪਕਾਰਨ …: [375, 647, 559, 712]
pointing-hand-icon: ☚: [191, 1496, 200, 1507]
pointing-hand-icon: ☚: [191, 1613, 200, 1624]
pointing-hand-icon: ☚: [375, 102, 384, 113]
notice-text: ਅਸੀਂ, ਜੰਗ ਸਿੰਘ ਪੁੱਤਰ ਸਰਵਣ ਸਿੰਘ ਅਤੇ ਰਣਜੀਤ…: [1142, 267, 1509, 351]
notice-item: ☚ਮੈਂ ਕੁਲਦੀਪ ਕੌਰ ਪਤਨੀ ਰਾਜ ਕੁਮਾਰ ਵਾਸੀ ਮੁਹੱ…: [5, 1526, 184, 1575]
pointing-hand-icon: ☚: [567, 1013, 576, 1024]
pointing-hand-icon: ☚: [567, 899, 576, 910]
pointing-hand-icon: ☚: [758, 337, 767, 348]
notice-item: ☚ਮੈਂ ਜਤਿੰਦਰ ਕੁਮਾਰ ਵਰਮਾ ਉਰਫ ਜਤਿੰਦਰ ਵਰਮਾ ਉ…: [1142, 1003, 1509, 1056]
pointing-hand-icon: ☚: [567, 1305, 576, 1316]
pointing-hand-icon: ☚: [1142, 1440, 1151, 1451]
pointing-hand-icon: ☚: [567, 1501, 576, 1512]
notice-item: ☚I, Manjit Loi C/o Ashok Kumar R/o H No …: [567, 620, 752, 700]
notice-item: ☚ਮੈਂ ਵਿਜੇ ਕੁਮਾਰ ਪੁੱਤਰ ਦਿਵਰਾਜ ਕੁਮਾਰ ਵਾਸੀ …: [191, 1194, 370, 1259]
contact-email[interactable]: E.mail : rozanapehredar@gmail.com: [745, 20, 1146, 50]
